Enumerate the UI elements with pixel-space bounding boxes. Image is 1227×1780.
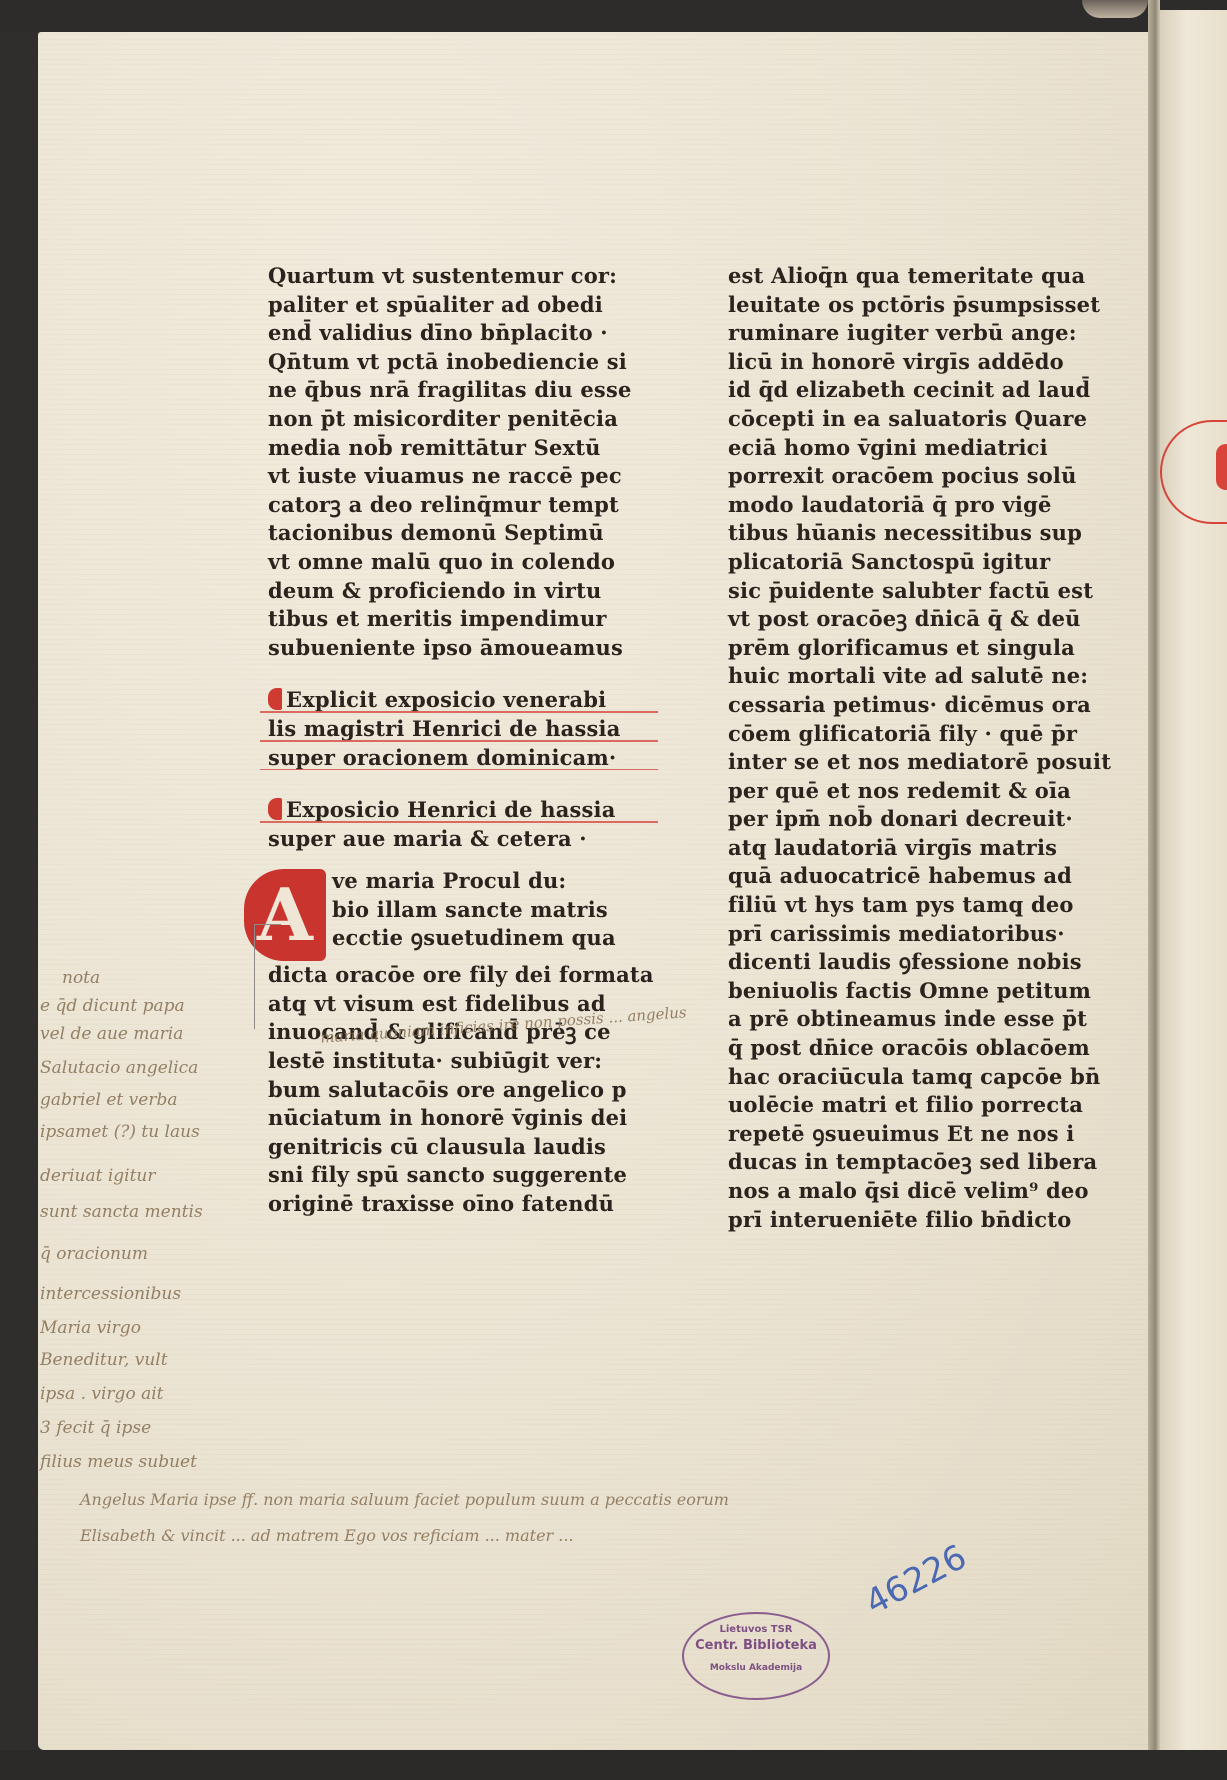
pilcrow-icon <box>268 798 282 820</box>
explicit-line: lis magistri Henrici de hassia <box>268 715 638 744</box>
marginal-note: Salutacio angelica <box>40 1058 198 1078</box>
explicit-line: super oracionem dominicam· <box>268 744 638 773</box>
text-line: bum salutacōis ore angelico p <box>268 1076 638 1105</box>
text-line: vt post oracōeꝫ dn̄icā q̄ & deū <box>728 605 1088 634</box>
text-line: lestē instituta· subiūgit ver: <box>268 1047 638 1076</box>
text-line: sic p̄uidente salubter factū est <box>728 577 1088 606</box>
marginal-note: ipsa . virgo ait <box>40 1384 163 1404</box>
marginal-note: vel de aue maria <box>40 1024 183 1044</box>
scan-top-edge <box>0 0 1227 32</box>
text-line: dicta oracōe ore fily dei formata <box>268 961 638 990</box>
text-line: paliter et spūaliter ad obedi <box>268 291 638 320</box>
marginal-note: sunt sancta mentis <box>40 1202 203 1222</box>
marginal-note: intercessionibus <box>40 1284 181 1304</box>
marginal-note: Beneditur, vult <box>40 1350 168 1370</box>
text-line: tibus hūanis necessitibus sup <box>728 519 1088 548</box>
text-line: porrexit oracōem pocius solū <box>728 462 1088 491</box>
text-line: uolēcie matri et filio porrecta <box>728 1091 1088 1120</box>
explicit-line: Explicit exposicio venerabi <box>268 686 638 715</box>
text-line: repetē ꝯsueuimus Et ne nos i <box>728 1120 1088 1149</box>
text-line: media nob̄ remittātur Sextū <box>268 434 638 463</box>
text-line: end̄ validius dīno bn̄placito · <box>268 319 638 348</box>
text-line: genitricis cū clausula laudis <box>268 1133 638 1162</box>
text-line: beniuolis factis Omne petitum <box>728 977 1088 1006</box>
text-line: vt omne malū quo in colendo <box>268 548 638 577</box>
text-line: per quē et nos redemit & oīa <box>728 777 1088 806</box>
text-line: tacionibus demonū Septimū <box>268 519 638 548</box>
text-line: tibus et meritis impendimur <box>268 605 638 634</box>
text-line: inter se et nos mediatorē posuit <box>728 748 1088 777</box>
incipit-line: Exposicio Henrici de hassia <box>268 796 638 825</box>
text-line: cōcepti in ea saluatoris Quare <box>728 405 1088 434</box>
text-line: cessaria petimus· dicēmus ora <box>728 691 1088 720</box>
text-line: huic mortali vite ad salutē ne: <box>728 662 1088 691</box>
text-line: modo laudatoriā q̄ pro vigē <box>728 491 1088 520</box>
text-line: nos a malo q̄si dicē velim⁹ deo <box>728 1177 1088 1206</box>
marginal-note: nota <box>62 968 100 988</box>
facing-page-red-mark <box>1216 444 1227 490</box>
text-line: ducas in temptacōeꝫ sed libera <box>728 1148 1088 1177</box>
marginal-note: Maria virgo <box>40 1318 141 1338</box>
text-line: prī carissimis mediatoribus· <box>728 920 1088 949</box>
incipit-line: super aue maria & cetera · <box>268 825 638 854</box>
text-line: vt iuste viuamus ne raccē pec <box>268 462 638 491</box>
text-line: filiū vt hys tam pys tamq̧ deo <box>728 891 1088 920</box>
text-line: catorꝫ a deo relinq̄mur tempt <box>268 491 638 520</box>
left-column: Quartum vt sustentemur cor: paliter et s… <box>268 262 638 1219</box>
binding-gutter <box>1148 0 1160 1780</box>
text-line: originē traxisse oīno fatendū <box>268 1190 638 1219</box>
text-line: id q̄d elizabeth cecinit ad laud̄ <box>728 376 1088 405</box>
text-line: sni fily spū sancto suggerente <box>268 1161 638 1190</box>
marginal-note: 3 fecit q̄ ipse <box>40 1418 151 1438</box>
marginal-note: ipsamet (?) tu laus <box>40 1122 200 1142</box>
text-line: a prē obtineamus inde esse p̄t <box>728 1005 1088 1034</box>
marginal-note: deriuat igitur <box>40 1166 156 1186</box>
text-line: subueniente ipso āmoueamus <box>268 634 638 663</box>
marginal-note: gabriel et verba <box>40 1090 177 1110</box>
text-line: Quartum vt sustentemur cor: <box>268 262 638 291</box>
right-column: est Alioq̄n qua temeritate qua leuitate … <box>728 262 1088 1234</box>
text-line: ruminare iugiter verbū ange: <box>728 319 1088 348</box>
marginal-note: e q̄d dicunt papa <box>40 996 185 1016</box>
text-line: plicatoriā Sanctospū igitur <box>728 548 1088 577</box>
text-line: eciā homo v̄gini mediatrici <box>728 434 1088 463</box>
text-line: per ipm̄ nob̄ donari decreuit· <box>728 805 1088 834</box>
bottom-marginal-note: Elisabeth & vincit ... ad matrem Ego vos… <box>80 1526 574 1545</box>
text-line: dicenti laudis ꝯfessione nobis <box>728 948 1088 977</box>
text-line: prēm glorificamus et singula <box>728 634 1088 663</box>
text-line: prī interueniēte filio bn̄dicto <box>728 1206 1088 1235</box>
text-line: est Alioq̄n qua temeritate qua <box>728 262 1088 291</box>
pilcrow-icon <box>268 688 282 710</box>
facing-page-edge <box>1160 10 1227 1750</box>
pencil-bracket-mark <box>254 924 281 1029</box>
scan-bottom-edge <box>0 1750 1227 1780</box>
bottom-marginal-note: Angelus Maria ipse ff. non maria saluum … <box>80 1490 729 1509</box>
marginal-note: filius meus subuet <box>40 1452 197 1472</box>
page-curl <box>1082 0 1148 18</box>
library-stamp: Lietuvos TSR Centr. Biblioteka Mokslu Ak… <box>682 1612 830 1700</box>
text-line: atq̧ laudatoriā virgīs matris <box>728 834 1088 863</box>
text-line: ne q̄bus nrā fragilitas diu esse <box>268 376 638 405</box>
text-line: non p̄t misicorditer penitēcia <box>268 405 638 434</box>
text-line: licū in honorē virgīs addēdo <box>728 348 1088 377</box>
text-line: Qn̄tum vt pctā inobediencie si <box>268 348 638 377</box>
text-line: nūciatum in honorē v̄ginis dei <box>268 1104 638 1133</box>
text-line: q̄ post dn̄ice oracōis oblacōem <box>728 1034 1088 1063</box>
text-line: cōem glificatoriā fily · quē p̄r <box>728 720 1088 749</box>
text-line: hac oraciūcula tamq̧ capcōe bn̄ <box>728 1063 1088 1092</box>
text-line: leuitate os pctōris p̄sumpsisset <box>728 291 1088 320</box>
text-line: quā aduocatricē habemus ad <box>728 862 1088 891</box>
marginal-note: q̄ oracionum <box>40 1244 148 1264</box>
text-line: deum & proficiendo in virtu <box>268 577 638 606</box>
